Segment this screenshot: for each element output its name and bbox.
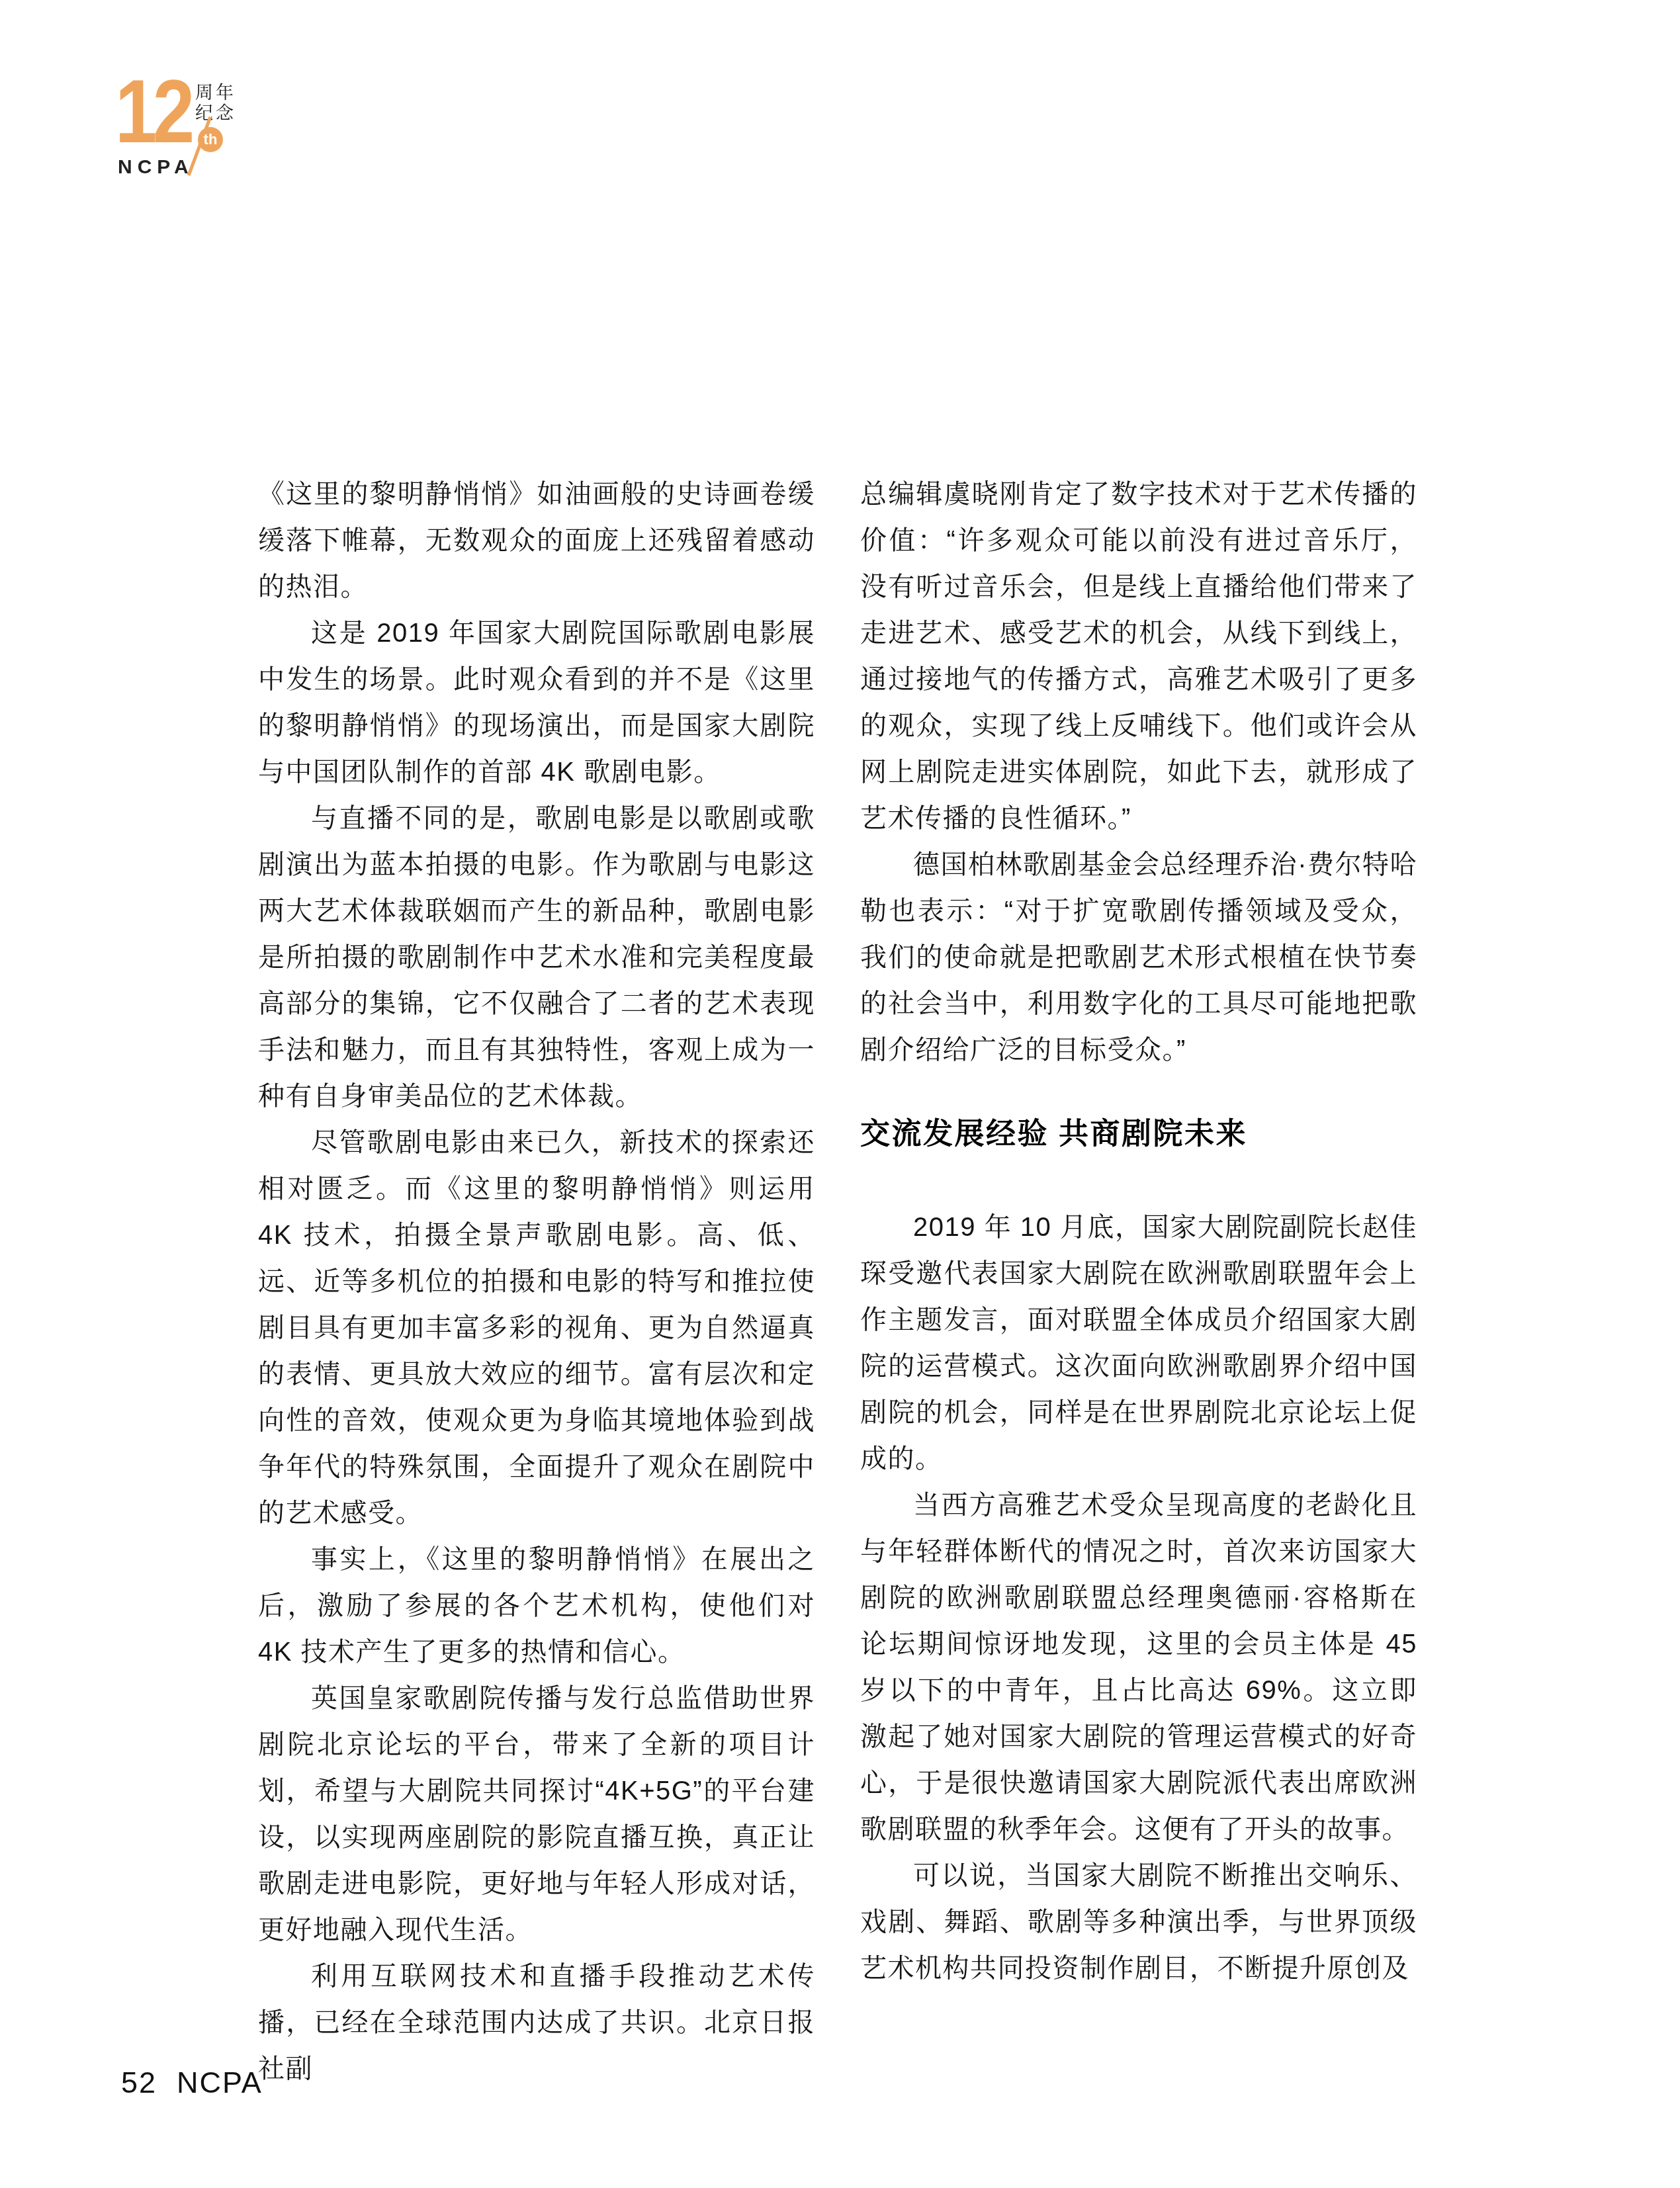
article-column-right: 总编辑虞晓刚肯定了数字技术对于艺术传播的价值：“许多观众可能以前没有进过音乐厅，… bbox=[860, 471, 1417, 1991]
article-paragraph: 利用互联网技术和直播手段推动艺术传播，已经在全球范围内达成了共识。北京日报社副 bbox=[258, 1953, 815, 2092]
article-paragraph: 与直播不同的是，歌剧电影是以歌剧或歌剧演出为蓝本拍摄的电影。作为歌剧与电影这两大… bbox=[258, 795, 815, 1119]
article-paragraph: 可以说，当国家大剧院不断推出交响乐、戏剧、舞蹈、歌剧等多种演出季，与世界顶级艺术… bbox=[860, 1853, 1417, 1991]
logo-org-name: NCPA bbox=[118, 156, 194, 179]
page-number: 52 bbox=[121, 2066, 157, 2100]
article-paragraph: 事实上，《这里的黎明静悄悄》在展出之后，激励了参展的各个艺术机构，使他们对 4K… bbox=[258, 1536, 815, 1675]
logo-anniversary-line2: 纪念 bbox=[195, 103, 236, 124]
logo-th-badge: th bbox=[198, 127, 223, 152]
section-heading: 交流发展经验 共商剧院未来 bbox=[860, 1117, 1417, 1151]
article-paragraph: 《这里的黎明静悄悄》如油画般的史诗画卷缓缓落下帷幕，无数观众的面庞上还残留着感动… bbox=[258, 471, 815, 610]
article-paragraph: 尽管歌剧电影由来已久，新技术的探索还相对匮乏。而《这里的黎明静悄悄》则运用 4K… bbox=[258, 1119, 815, 1536]
article-paragraph: 这是 2019 年国家大剧院国际歌剧电影展中发生的场景。此时观众看到的并不是《这… bbox=[258, 610, 815, 795]
logo-number-12: 12 bbox=[115, 66, 191, 156]
logo-anniversary-line1: 周年 bbox=[195, 83, 236, 103]
footer-brand: NCPA bbox=[177, 2066, 263, 2100]
article-paragraph: 德国柏林歌剧基金会总经理乔治·费尔特哈勒也表示：“对于扩宽歌剧传播领域及受众，我… bbox=[860, 842, 1417, 1073]
article-paragraph: 英国皇家歌剧院传播与发行总监借助世界剧院北京论坛的平台，带来了全新的项目计划，希… bbox=[258, 1675, 815, 1953]
logo-th-label: th bbox=[204, 132, 218, 147]
article-column-left: 《这里的黎明静悄悄》如油画般的史诗画卷缓缓落下帷幕，无数观众的面庞上还残留着感动… bbox=[258, 471, 815, 2092]
ncpa-anniversary-logo: 12 周年 纪念 th NCPA bbox=[118, 81, 303, 187]
page-footer: 52 NCPA bbox=[121, 2066, 263, 2100]
article-paragraph: 总编辑虞晓刚肯定了数字技术对于艺术传播的价值：“许多观众可能以前没有进过音乐厅，… bbox=[860, 471, 1417, 842]
logo-anniversary-text: 周年 纪念 bbox=[195, 83, 236, 124]
article-paragraph: 当西方高雅艺术受众呈现高度的老龄化且与年轻群体断代的情况之时，首次来访国家大剧院… bbox=[860, 1482, 1417, 1853]
article-paragraph: 2019 年 10 月底，国家大剧院副院长赵佳琛受邀代表国家大剧院在欧洲歌剧联盟… bbox=[860, 1204, 1417, 1482]
